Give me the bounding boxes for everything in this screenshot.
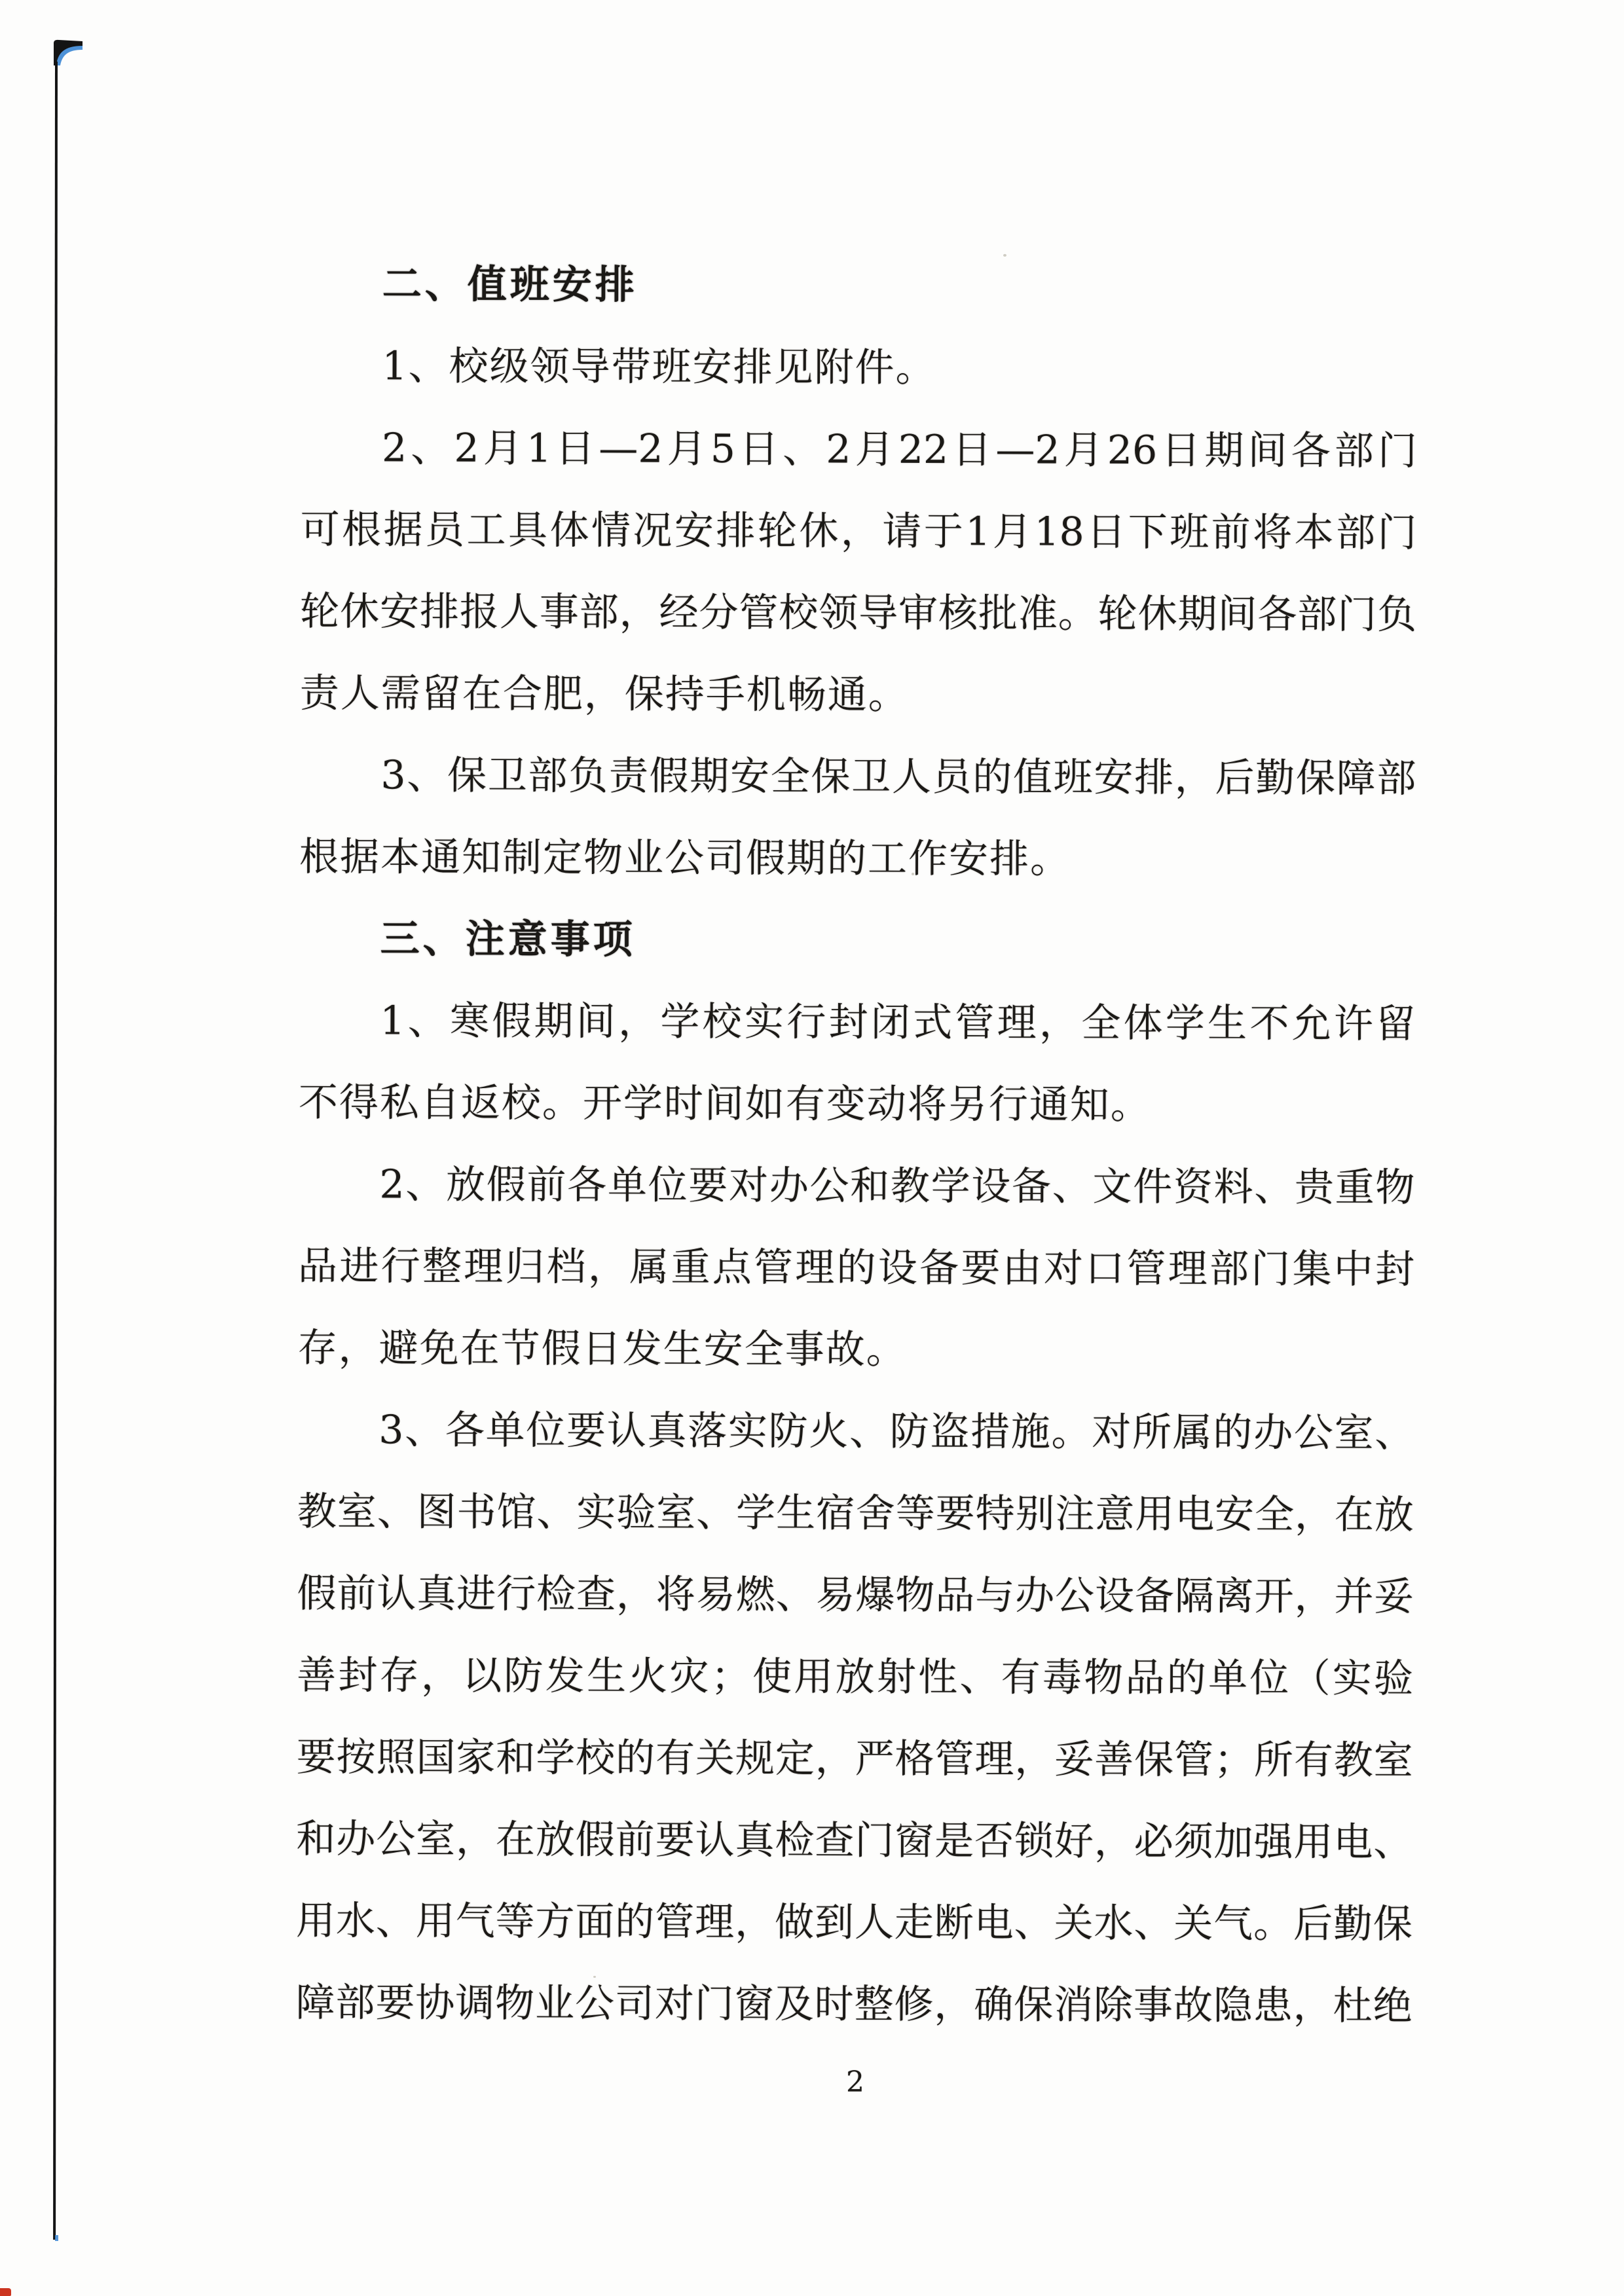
fold-line-blue-tip [55,2235,58,2241]
text-line: 轮休安排报人事部，经分管校领导审核批准。轮休期间各部门负 [300,571,1416,656]
text-line: 假前认真进行检查，将易燃、易爆物品与办公设备隔离开，并妥 [297,1553,1413,1638]
text-line: 可根据员工具体情况安排轮休，请于1月18日下班前将本部门 [300,489,1416,574]
page-number: 2 [840,2061,871,2104]
bottom-edge-red-mark [0,2288,11,2296]
text-line: 和办公室，在放假前要认真检查门窗是否锁好，必须加强用电、 [296,1798,1412,1884]
text-line: 3、各单位要认真落实防火、防盗措施。对所属的办公室、 [297,1389,1414,1474]
section-heading: 三、注意事项 [299,898,1415,983]
text-line: 存，避免在节假日发生安全事故。 [298,1307,1414,1393]
scanned-page: 二、值班安排1、校级领导带班安排见附件。2、2月1日—2月5日、2月22日—2月… [0,0,1624,2296]
text-line: 用水、用气等方面的管理，做到人走断电、关水、关气。后勤保 [296,1880,1412,1965]
text-line: 责人需留在合肥，保持手机畅通。 [300,653,1416,738]
fold-line [53,62,58,2240]
fold-corner-mark [54,38,84,65]
text-line: 障部要协调物业公司对门窗及时整修，确保消除事故隐患，杜绝 [295,1962,1412,2047]
text-line: 3、保卫部负责假期安全保卫人员的值班安排，后勤保障部 [299,735,1416,820]
text-line: 根据本通知制定物业公司假期的工作安排。 [299,816,1416,902]
text-line: 善封存，以防发生火灾；使用放射性、有毒物品的单位（实验室）， [297,1635,1413,1720]
text-line: 1、校级领导带班安排见附件。 [301,325,1417,410]
text-line: 要按照国家和学校的有关规定，严格管理，妥善保管；所有教室 [297,1717,1413,1802]
text-line: 2、放假前各单位要对办公和教学设备、文件资料、贵重物 [298,1144,1414,1229]
section-heading: 二、值班安排 [301,244,1418,329]
text-line: 2、2月1日—2月5日、2月22日—2月26日期间各部门 [301,407,1417,492]
text-line: 品进行整理归档，属重点管理的设备要由对口管理部门集中封 [298,1226,1414,1311]
text-line: 1、寒假期间，学校实行封闭式管理，全体学生不允许留校， [299,980,1415,1065]
document-body: 二、值班安排1、校级领导带班安排见附件。2、2月1日—2月5日、2月22日—2月… [295,244,1418,2047]
text-line: 不得私自返校。开学时间如有变动将另行通知。 [299,1062,1415,1147]
text-line: 教室、图书馆、实验室、学生宿舍等要特别注意用电安全，在放 [297,1471,1414,1556]
